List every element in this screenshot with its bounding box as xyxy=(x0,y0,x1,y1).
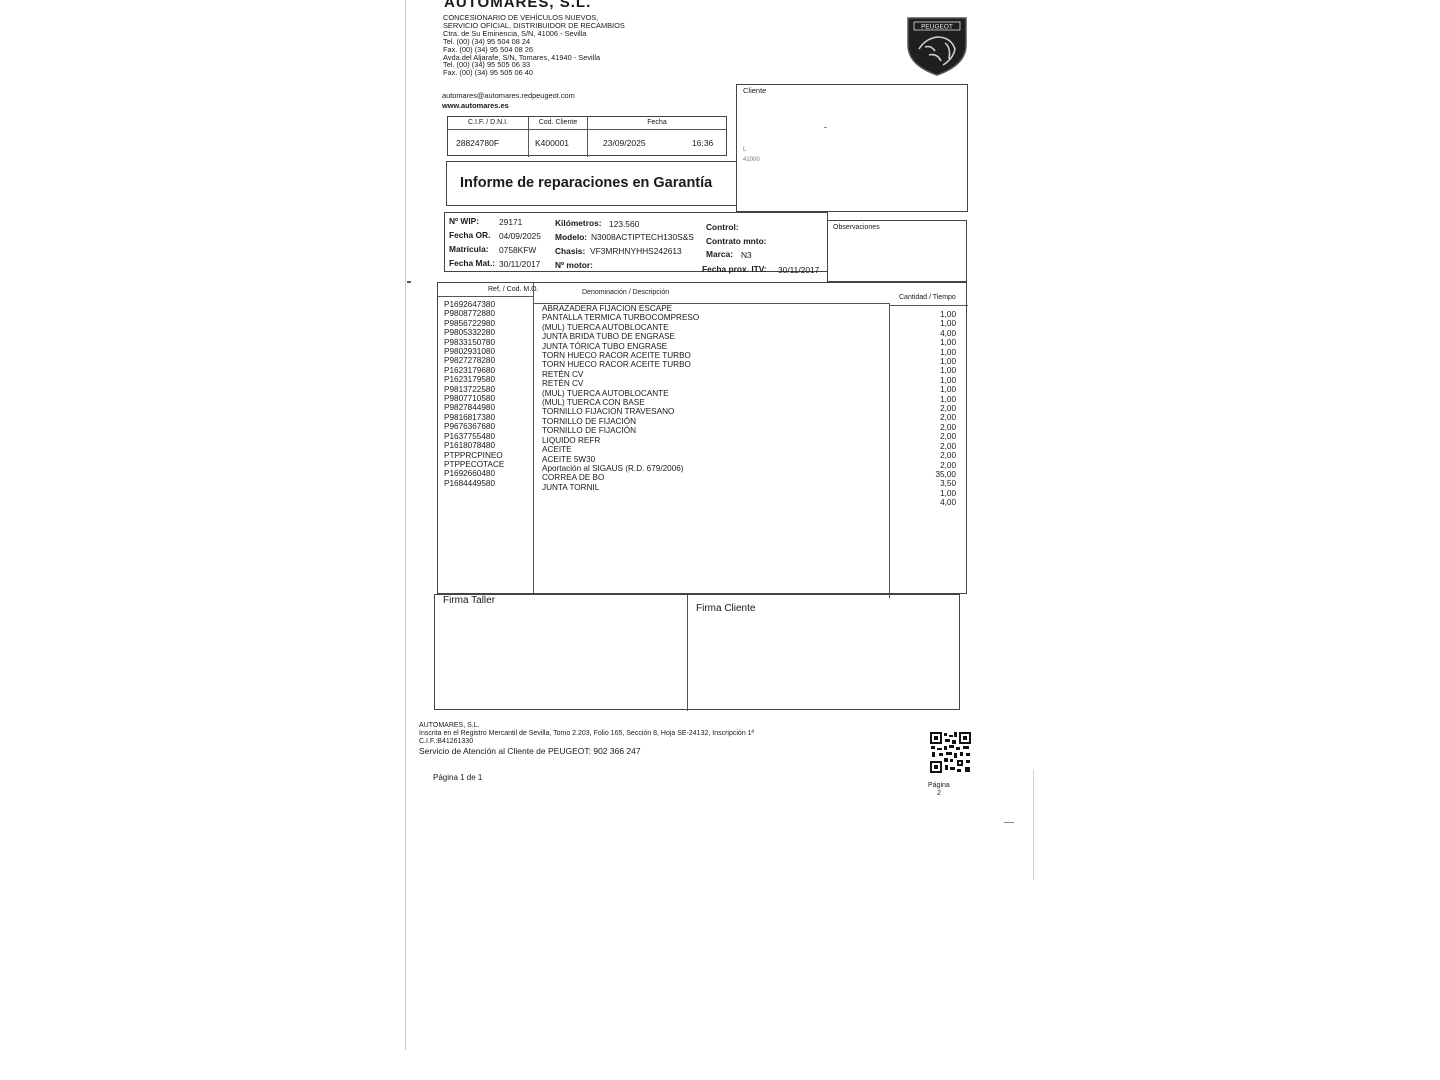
wip-field: Nº WIP: xyxy=(449,216,479,226)
column-divider xyxy=(587,117,588,157)
part-quantity: 35,00 xyxy=(898,470,956,479)
title-box: Informe de reparaciones en Garantía xyxy=(446,161,736,206)
part-description: (MUL) TUERCA AUTOBLOCANTE xyxy=(542,323,699,332)
company-line: Fax. (00) (34) 95 505 06 40 xyxy=(443,69,625,77)
cliente-box: Cliente L 41000 xyxy=(736,84,968,212)
control-field: Control: xyxy=(706,222,739,232)
qr-page-label: Página 2 xyxy=(928,782,950,798)
footer-company: AUTOMARES, S.L. xyxy=(419,722,754,730)
part-quantity: 1,00 xyxy=(898,319,956,328)
marca-value: N3 xyxy=(741,250,752,260)
footer: AUTOMARES, S.L. Inscrita en el Registro … xyxy=(419,722,754,757)
part-quantity: 2,00 xyxy=(898,432,956,441)
km-value: 123.560 xyxy=(609,219,639,229)
header-quantity: Cantidad / Tiempo xyxy=(899,294,956,301)
pagina-label: Página xyxy=(928,782,950,790)
scan-edge-right xyxy=(1033,770,1034,880)
part-description: JUNTA BRIDA TUBO DE ENGRASE xyxy=(542,332,699,341)
part-ref: P9676367680 xyxy=(444,422,504,431)
part-quantity: 2,00 xyxy=(898,423,956,432)
document-ids-table: C.I.F. / D.N.I. Cod. Cliente Fecha 28824… xyxy=(447,116,727,156)
column-divider xyxy=(528,117,529,157)
company-website: www.automares.es xyxy=(442,101,575,111)
part-description: Aportación al SIGAUS (R.D. 679/2006) xyxy=(542,464,699,473)
scan-edge-left xyxy=(405,0,406,1050)
part-quantity: 1,00 xyxy=(898,310,956,319)
part-description: LIQUIDO REFR xyxy=(542,436,699,445)
part-quantity: 2,00 xyxy=(898,451,956,460)
cliente-name-line: L xyxy=(743,147,746,153)
observaciones-box: Observaciones xyxy=(827,220,967,282)
part-quantity: 2,00 xyxy=(898,461,956,470)
fecha-or-value: 04/09/2025 xyxy=(499,231,541,241)
logo-brand: PEUGEOT xyxy=(921,24,953,31)
header-ref: Ref, / Cod. M.O. xyxy=(488,286,539,293)
part-ref: P1692647380 xyxy=(444,300,504,309)
cliente-label: Cliente xyxy=(743,86,766,95)
pagina-number: 2 xyxy=(928,790,950,798)
part-description: TORN HUECO RACOR ACEITE TURBO xyxy=(542,351,699,360)
part-quantity: 1,00 xyxy=(898,376,956,385)
part-ref: P9802931080 xyxy=(444,347,504,356)
signature-divider xyxy=(687,595,688,711)
part-quantity: 2,00 xyxy=(898,404,956,413)
cliente-postcode-line: 41000 xyxy=(743,157,760,163)
part-description: CORREA DE BO xyxy=(542,473,699,482)
header-cod-cliente: Cod. Cliente xyxy=(529,117,587,130)
company-name: AUTOMARES, S.L. xyxy=(444,0,591,11)
fecha-mat-label: Fecha Mat.: xyxy=(449,258,495,268)
header-fecha: Fecha xyxy=(588,117,726,130)
column-divider xyxy=(533,283,534,593)
quantity-column: 1,001,004,001,001,001,001,001,001,001,00… xyxy=(898,310,956,508)
cif-value: 28824780F xyxy=(456,138,499,148)
part-ref: P9813722580 xyxy=(444,385,504,394)
column-divider xyxy=(889,303,890,598)
qr-code-icon xyxy=(929,731,972,774)
part-quantity: 4,00 xyxy=(898,498,956,507)
part-description: TORN HUECO RACOR ACEITE TURBO xyxy=(542,360,699,369)
parts-table: Ref, / Cod. M.O. Denominación / Descripc… xyxy=(437,282,967,594)
scan-speck xyxy=(407,281,411,283)
row-divider xyxy=(438,296,533,297)
part-ref: PTPPECOTACE xyxy=(444,460,504,469)
part-quantity: 1,00 xyxy=(898,357,956,366)
part-description: JUNTA TÓRICA TUBO ENGRASE xyxy=(542,342,699,351)
part-ref: P9805332280 xyxy=(444,328,504,337)
part-ref: P9827278280 xyxy=(444,356,504,365)
itv-value: 30/11/2017 xyxy=(778,265,819,275)
part-ref: P1637755480 xyxy=(444,432,504,441)
footer-servicio: Servicio de Atención al Cliente de PEUGE… xyxy=(419,746,754,757)
part-description: (MUL) TUERCA CON BASE xyxy=(542,398,699,407)
matricula-label: Matrícula: xyxy=(449,244,489,254)
fecha-or-label: Fecha OR. xyxy=(449,230,490,240)
part-description: RETÉN CV xyxy=(542,379,699,388)
part-quantity: 2,00 xyxy=(898,413,956,422)
part-quantity: 4,00 xyxy=(898,329,956,338)
part-ref: P9827844980 xyxy=(444,403,504,412)
part-ref: P9856722980 xyxy=(444,319,504,328)
cod-cliente-value: K400001 xyxy=(535,138,569,148)
modelo-field: Modelo: xyxy=(555,232,587,242)
part-quantity: 1,00 xyxy=(898,348,956,357)
part-ref: P1692660480 xyxy=(444,469,504,478)
part-description: TORNILLO FIJACION TRAVESANO xyxy=(542,407,699,416)
part-ref: P9833150780 xyxy=(444,338,504,347)
page-title: Informe de reparaciones en Garantía xyxy=(460,175,712,191)
part-description: ABRAZADERA FIJACION ESCAPE xyxy=(542,304,699,313)
firma-taller-label: Firma Taller xyxy=(443,595,495,606)
observaciones-label: Observaciones xyxy=(833,224,880,231)
part-ref: P9807710580 xyxy=(444,394,504,403)
motor-field: Nº motor: xyxy=(555,260,593,270)
row-divider xyxy=(889,305,968,306)
part-ref: P9816817380 xyxy=(444,413,504,422)
part-quantity: 2,00 xyxy=(898,442,956,451)
part-ref: P1623179680 xyxy=(444,366,504,375)
part-ref: P1623179580 xyxy=(444,375,504,384)
part-description: RETÉN CV xyxy=(542,370,699,379)
part-description: TORNILLO DE FIJACIÓN xyxy=(542,417,699,426)
peugeot-lion-shield-icon: PEUGEOT xyxy=(905,15,969,77)
part-quantity: 3,50 xyxy=(898,479,956,488)
part-description: (MUL) TUERCA AUTOBLOCANTE xyxy=(542,389,699,398)
modelo-value: N3008ACTIPTECH130S&S xyxy=(591,232,694,242)
header-description: Denominación / Descripción xyxy=(582,289,669,296)
wip-value: 29171 xyxy=(499,217,522,227)
part-ref: P1618078480 xyxy=(444,441,504,450)
page-number: Página 1 de 1 xyxy=(433,773,482,782)
marca-field: Marca: xyxy=(706,249,733,259)
part-ref: PTPPRCPINEO xyxy=(444,451,504,460)
fecha-value: 23/09/2025 xyxy=(603,138,646,148)
company-address-block: CONCESIONARIO DE VEHÍCULOS NUEVOS, SERVI… xyxy=(443,14,625,77)
part-quantity: 1,00 xyxy=(898,366,956,375)
part-description: PANTALLA TERMICA TURBOCOMPRESO xyxy=(542,313,699,322)
scan-speck xyxy=(1004,822,1014,823)
footer-cif: C.I.F.:B41261330 xyxy=(419,738,754,746)
part-description: ACEITE 5W30 xyxy=(542,455,699,464)
part-quantity: 1,00 xyxy=(898,385,956,394)
header-cif: C.I.F. / D.N.I. xyxy=(448,117,528,130)
company-email: automares@automares.redpeugeot.com xyxy=(442,91,575,101)
fecha-mat-value: 30/11/2017 xyxy=(499,259,540,269)
part-quantity: 1,00 xyxy=(898,338,956,347)
km-field: Kilómetros: xyxy=(555,218,602,228)
signature-box: Firma Taller Firma Cliente xyxy=(434,594,960,710)
part-description: TORNILLO DE FIJACIÓN xyxy=(542,426,699,435)
company-contact: automares@automares.redpeugeot.com www.a… xyxy=(442,91,575,111)
hora-value: 16:36 xyxy=(692,138,713,148)
chasis-field: Chasis: xyxy=(555,246,585,256)
chasis-value: VF3MRHNYHHS242613 xyxy=(590,246,682,256)
contrato-field: Contrato mnto: xyxy=(706,236,766,246)
part-description: JUNTA TORNIL xyxy=(542,483,699,492)
cliente-mark xyxy=(824,127,827,128)
itv-field: Fecha prox. ITV: xyxy=(702,264,767,274)
part-description: ACEITE xyxy=(542,445,699,454)
footer-registro: Inscrita en el Registro Mercantil de Sev… xyxy=(419,730,754,738)
part-ref xyxy=(444,488,504,497)
part-quantity: 1,00 xyxy=(898,395,956,404)
part-quantity: 1,00 xyxy=(898,489,956,498)
firma-cliente-label: Firma Cliente xyxy=(696,603,755,614)
vehicle-info-box: Nº WIP: 29171 Fecha OR. 04/09/2025 Matrí… xyxy=(444,212,828,272)
part-ref: P9808772880 xyxy=(444,309,504,318)
part-ref: P1684449580 xyxy=(444,479,504,488)
ref-column: P1692647380P9808772880P9856722980P980533… xyxy=(444,300,504,498)
matricula-value: 0758KFW xyxy=(499,245,536,255)
description-column: ABRAZADERA FIJACION ESCAPEPANTALLA TERMI… xyxy=(542,304,699,502)
part-description xyxy=(542,492,699,501)
